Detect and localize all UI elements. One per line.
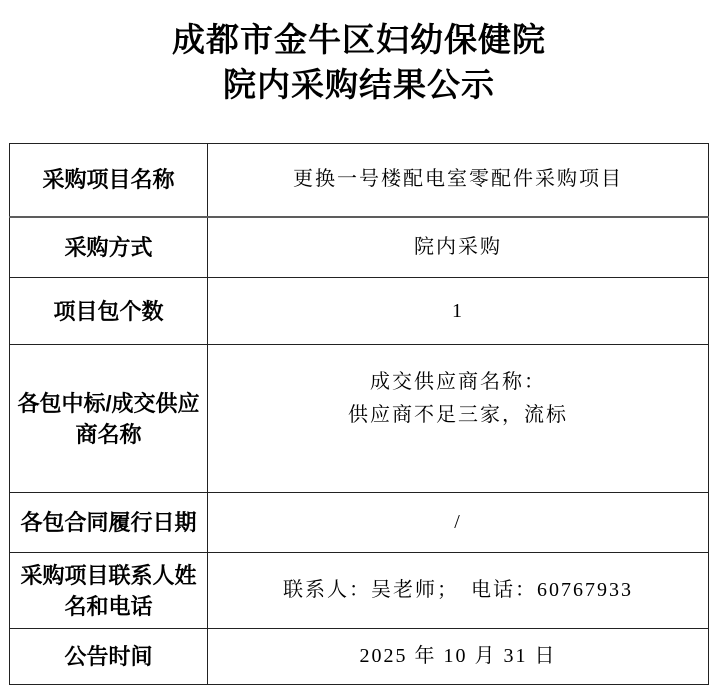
table-row-project-name: 采购项目名称 更换一号楼配电室零配件采购项目 (10, 144, 709, 217)
page-title-line-1: 成都市金牛区妇幼保健院 (9, 19, 709, 64)
contract-date-label: 各包合同履行日期 (10, 493, 208, 553)
table-row-contract-date: 各包合同履行日期 / (10, 493, 709, 553)
project-name-label: 采购项目名称 (10, 144, 208, 217)
winning-supplier-value: 成交供应商名称： 供应商不足三家，流标 (208, 345, 709, 493)
procurement-method-label: 采购方式 (10, 217, 208, 278)
contract-date-value: / (208, 493, 709, 553)
table-row-contact: 采购项目联系人姓名和电话 联系人：吴老师； 电话：60767933 (10, 553, 709, 629)
announcement-date-label: 公告时间 (10, 629, 208, 685)
page-title: 成都市金牛区妇幼保健院 院内采购结果公示 (9, 0, 709, 109)
package-count-label: 项目包个数 (10, 278, 208, 345)
contact-label: 采购项目联系人姓名和电话 (10, 553, 208, 629)
table-row-winning-supplier: 各包中标/成交供应商名称 成交供应商名称： 供应商不足三家，流标 (10, 345, 709, 493)
table-row-procurement-method: 采购方式 院内采购 (10, 217, 709, 278)
procurement-result-table: 采购项目名称 更换一号楼配电室零配件采购项目 采购方式 院内采购 项目包个数 1… (9, 143, 709, 685)
page-title-line-2: 院内采购结果公示 (9, 64, 709, 109)
project-name-value: 更换一号楼配电室零配件采购项目 (208, 144, 709, 217)
announcement-date-value: 2025 年 10 月 31 日 (208, 629, 709, 685)
table-row-package-count: 项目包个数 1 (10, 278, 709, 345)
table-row-announcement-date: 公告时间 2025 年 10 月 31 日 (10, 629, 709, 685)
winning-supplier-label: 各包中标/成交供应商名称 (10, 345, 208, 493)
contact-value: 联系人：吴老师； 电话：60767933 (208, 553, 709, 629)
procurement-method-value: 院内采购 (208, 217, 709, 278)
package-count-value: 1 (208, 278, 709, 345)
